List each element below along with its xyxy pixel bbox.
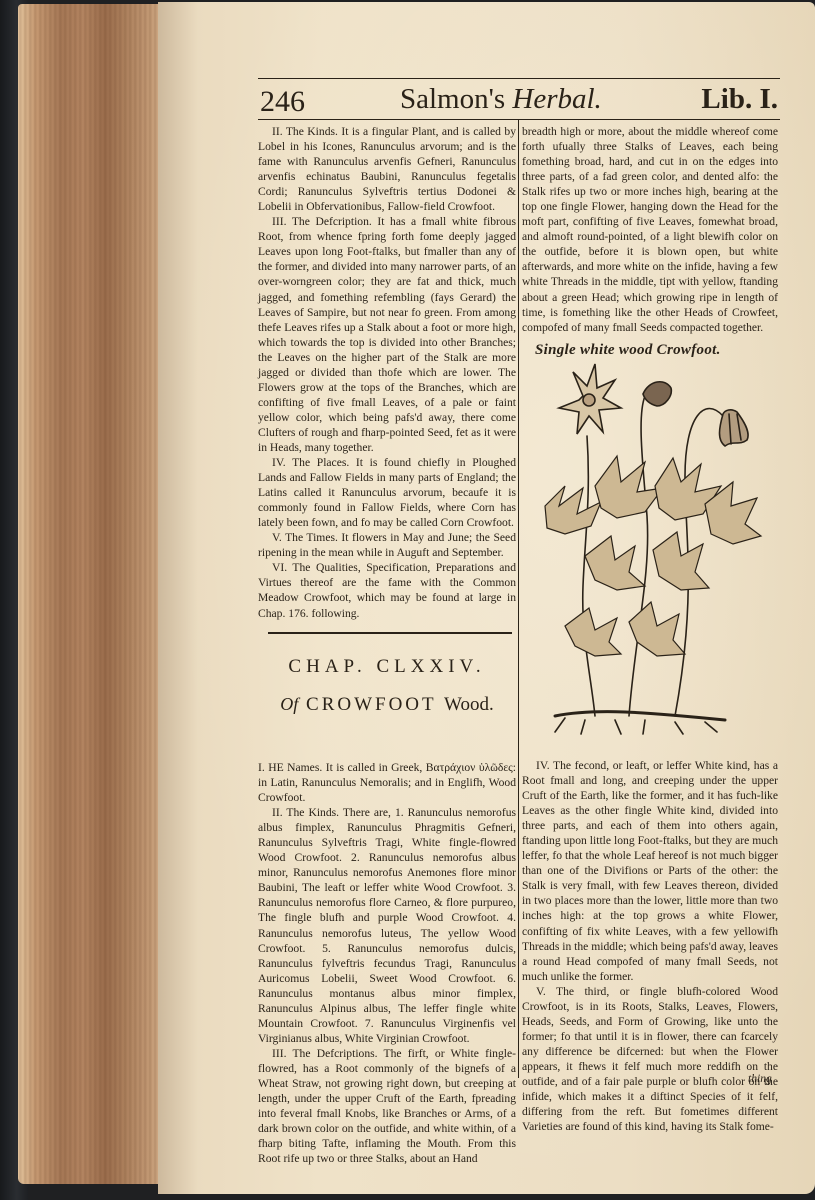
paragraph: IV. The fecond, or leaft, or leffer Whit… xyxy=(522,758,778,984)
right-column-top: breadth high or more, about the middle w… xyxy=(522,124,778,335)
paragraph: II. The Kinds. There are, 1. Ranunculus … xyxy=(258,805,516,1046)
woodcut-illustration xyxy=(525,336,780,736)
left-column-top: II. The Kinds. It is a fingular Plant, a… xyxy=(258,124,516,621)
left-column-bottom: I. HE Names. It is called in Greek, Βατρ… xyxy=(258,760,516,1166)
paragraph: III. The Defcriptions. The firft, or Whi… xyxy=(258,1046,516,1166)
paragraph: IV. The Places. It is found chiefly in P… xyxy=(258,455,516,530)
running-head: 246 Salmon's Herbal. Lib. I. xyxy=(258,78,780,120)
right-column-bottom: IV. The fecond, or leaft, or leffer Whit… xyxy=(522,758,778,1134)
paragraph: III. The Defcription. It has a fmall whi… xyxy=(258,214,516,455)
chapter-title-of: Of xyxy=(280,694,298,714)
column-divider xyxy=(518,120,519,1078)
paragraph: V. The third, or fingle blufh-colored Wo… xyxy=(522,984,778,1134)
chapter-title-tail: Wood. xyxy=(444,694,494,715)
catchword: thing xyxy=(748,1072,772,1085)
gutter-shadow xyxy=(158,2,198,1194)
title-roman: Salmon's xyxy=(400,83,505,115)
paragraph: V. The Times. It flowers in May and June… xyxy=(258,530,516,560)
paragraph: I. HE Names. It is called in Greek, Βατρ… xyxy=(258,760,516,805)
chapter-title: Of CROWFOOT Wood. xyxy=(258,694,516,716)
title-italic: Herbal. xyxy=(512,83,601,115)
chapter-number: CHAP. CLXXIV. xyxy=(258,656,516,678)
book-section: Lib. I. xyxy=(701,83,778,116)
page-number: 246 xyxy=(260,85,305,119)
chapter-rule xyxy=(268,632,512,634)
paragraph: II. The Kinds. It is a fingular Plant, a… xyxy=(258,124,516,214)
paragraph: VI. The Qualities, Specification, Prepar… xyxy=(258,560,516,620)
paragraph: breadth high or more, about the middle w… xyxy=(522,124,778,335)
chapter-title-main: CROWFOOT xyxy=(306,694,436,715)
page-edges-stack xyxy=(18,4,163,1184)
book-title: Salmon's Herbal. xyxy=(400,83,602,116)
